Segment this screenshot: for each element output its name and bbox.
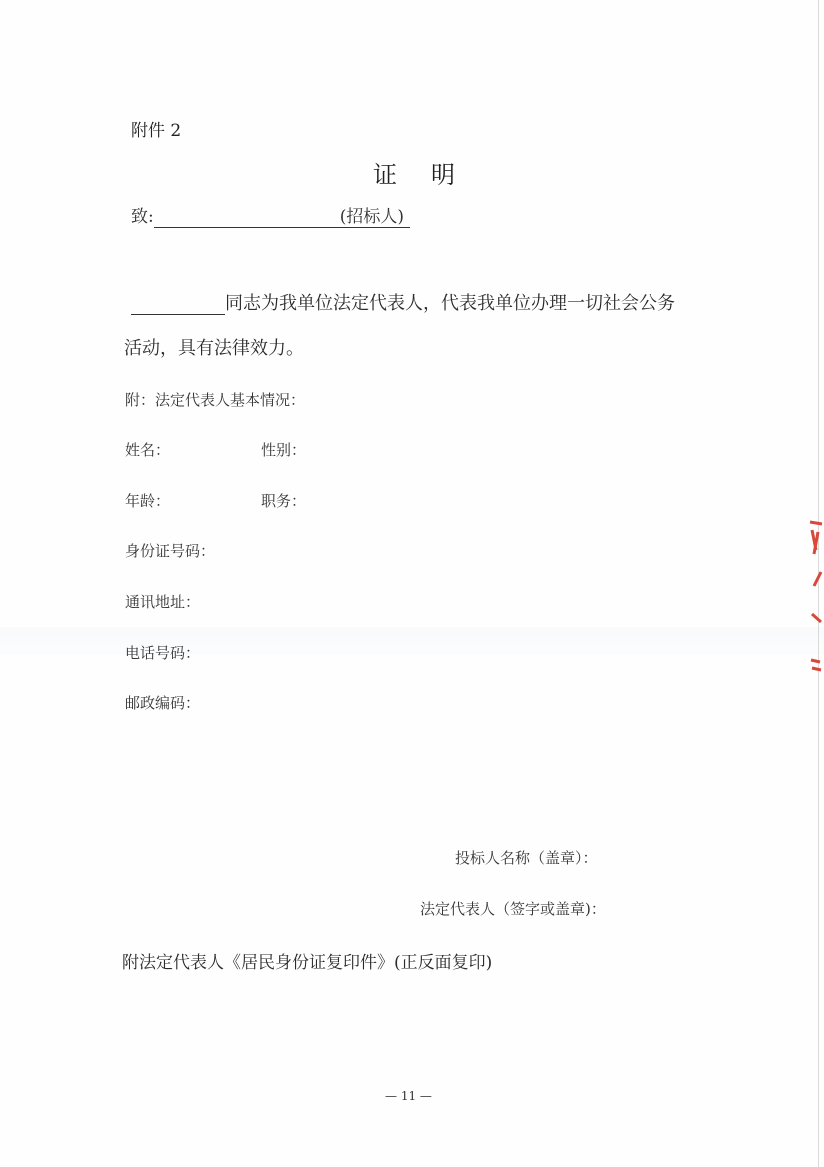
field-address: 通讯地址： <box>125 591 200 612</box>
document-page: 附件 2 证明 致:(招标人) 同志为我单位法定代表人，代表我单位办理一切社会公… <box>0 0 824 1167</box>
field-phone: 电话号码： <box>125 642 200 663</box>
bidder-name-signature: 投标人名称（盖章）： <box>455 847 598 868</box>
field-id-number: 身份证号码： <box>125 540 215 561</box>
field-age: 年龄： <box>125 490 170 511</box>
page-number: — 11 — <box>385 1089 432 1103</box>
recipient-label: (招标人) <box>340 207 410 228</box>
scan-artifact-band <box>0 627 824 655</box>
field-postal-code: 邮政编码： <box>125 692 200 713</box>
name-blank <box>131 294 225 315</box>
document-title: 证明 <box>373 155 489 190</box>
recipient-blank <box>154 207 340 228</box>
statement-text-1: 同志为我单位法定代表人，代表我单位办理一切社会公务 <box>225 293 675 314</box>
legal-rep-signature: 法定代表人（签字或盖章)： <box>420 898 606 919</box>
field-name: 姓名： <box>125 439 170 460</box>
attachment-label: 附件 2 <box>131 116 181 141</box>
info-heading: 附：法定代表人基本情况： <box>125 389 305 410</box>
recipient-line: 致:(招标人) <box>131 202 410 228</box>
field-gender: 性别： <box>261 439 306 460</box>
statement-line-1: 同志为我单位法定代表人，代表我单位办理一切社会公务 <box>131 289 675 315</box>
statement-line-2: 活动，具有法律效力。 <box>124 334 304 360</box>
partial-red-stamp-icon <box>806 510 824 680</box>
attachment-note: 附法定代表人《居民身份证复印件》(正反面复印) <box>122 948 492 973</box>
recipient-prefix: 致: <box>131 207 154 227</box>
field-position: 职务： <box>261 490 306 511</box>
